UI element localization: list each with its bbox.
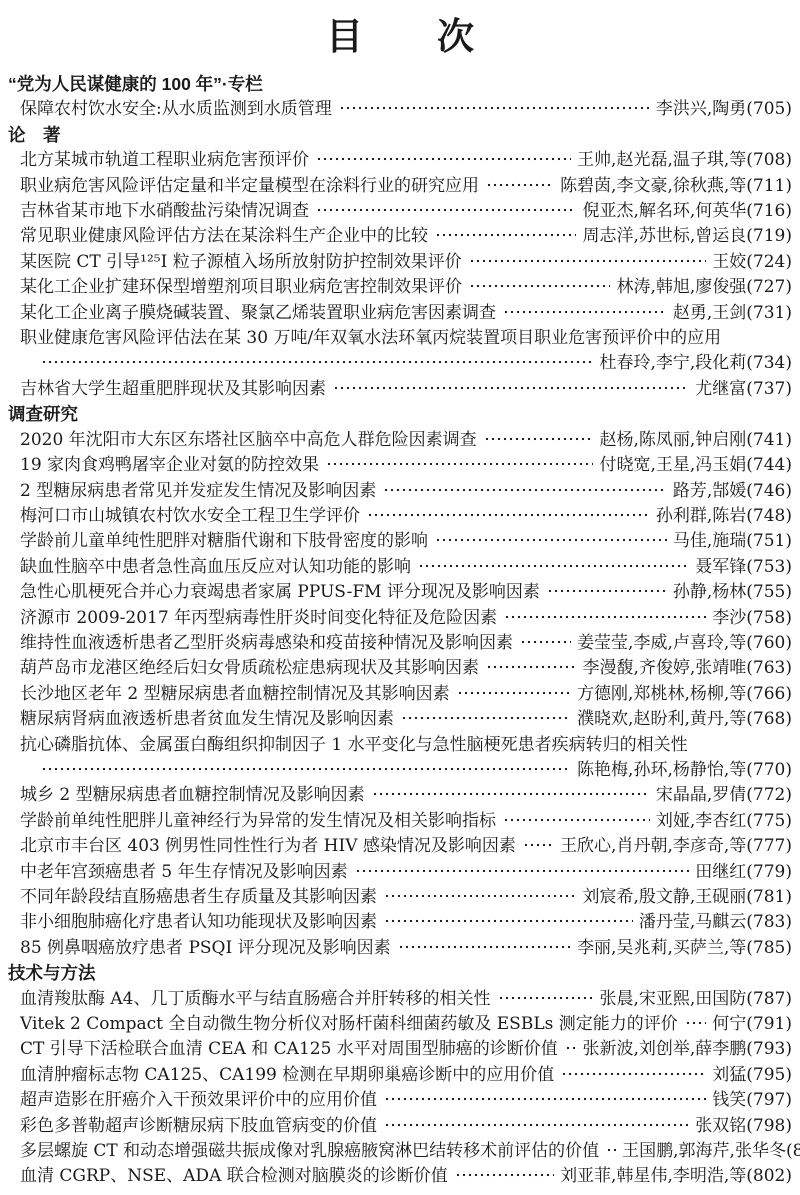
dot-leaders: [384, 915, 633, 927]
entry-authors: 赵勇,王剑: [673, 303, 746, 323]
entry-page: (741): [746, 430, 792, 450]
toc-entry: 城乡 2 型糖尿病患者血糖控制情况及影响因素宋晶晶,罗倩(772): [8, 783, 792, 808]
toc-entry: CT 引导下活检联合血清 CEA 和 CA125 水平对周围型肺癌的诊断价值张新…: [8, 1037, 792, 1062]
dot-leaders: [486, 179, 554, 191]
entry-title: 血清羧肽酶 A4、几丁质酶水平与结直肠癌合并肝转移的相关性: [20, 987, 491, 1012]
entry-page: (705): [746, 99, 792, 119]
entry-authors-page: 赵杨,陈凤丽,钟启刚(741): [599, 428, 792, 453]
entry-page: (772): [746, 785, 792, 805]
toc-entry: 彩色多普勒超声诊断糖尿病下肢血管病变的价值张双铭(798): [8, 1114, 792, 1139]
entry-authors: 潘丹莹,马麒云: [639, 912, 746, 932]
entry-authors: 马佳,施瑞: [673, 531, 746, 551]
entry-page: (763): [746, 658, 792, 678]
entry-page: (798): [746, 1116, 792, 1136]
entry-title: 2020 年沈阳市大东区东塔社区脑卒中高危人群危险因素调查: [20, 428, 477, 453]
entry-authors-page: 周志洋,苏世标,曾运良(719): [582, 224, 792, 249]
toc-entry: Vitek 2 Compact 全自动微生物分析仪对肠杆菌科细菌药敏及 ESBL…: [8, 1012, 792, 1037]
toc-entry: 葫芦岛市龙港区绝经后妇女骨质疏松症患病现状及其影响因素李漫馥,齐俊婷,张靖唯(7…: [8, 656, 792, 681]
toc-entry: 维持性血液透析患者乙型肝炎病毒感染和疫苗接种情况及影响因素姜莹莹,李威,卢喜玲,…: [8, 631, 792, 656]
dot-leaders: [503, 814, 650, 826]
entry-page: (751): [746, 531, 792, 551]
entry-authors-page: 田继红(779): [695, 860, 792, 885]
dot-leaders: [523, 839, 554, 851]
entry-authors-page: 杜春玲,李宁,段化莉(734): [599, 351, 792, 376]
entry-page: (779): [746, 862, 792, 882]
entry-page: (777): [746, 836, 792, 856]
dot-leaders: [383, 484, 667, 496]
entry-authors-page: 李洪兴,陶勇(705): [656, 97, 792, 122]
toc-entry: 非小细胞肺癌化疗患者认知功能现状及影响因素潘丹莹,马麒云(783): [8, 910, 792, 935]
entry-authors: 尤继富: [695, 379, 746, 399]
entry-authors: 李漫馥,齐俊婷,张靖唯: [582, 658, 746, 678]
dot-leaders: [435, 229, 576, 241]
entry-authors-page: 方德刚,郑桃林,杨柳,等(766): [577, 682, 792, 707]
entry-authors-page: 王欣心,肖丹朝,李彦奇,等(777): [560, 834, 792, 859]
toc-entry: 缺血性脑卒中患者急性高血压反应对认知功能的影响聂军锋(753): [8, 555, 792, 580]
entry-authors-page: 李漫馥,齐俊婷,张靖唯(763): [582, 656, 792, 681]
entry-title: 彩色多普勒超声诊断糖尿病下肢血管病变的价值: [20, 1114, 377, 1139]
toc-entry: 血清羧肽酶 A4、几丁质酶水平与结直肠癌合并肝转移的相关性张晨,宋亚熙,田国防(…: [8, 987, 792, 1012]
toc-entry: 北方某城市轨道工程职业病危害预评价王帅,赵光磊,温子琪,等(708): [8, 148, 792, 173]
entry-authors-page: 尤继富(737): [695, 377, 792, 402]
dot-leaders: [367, 509, 650, 521]
entry-title: 梅河口市山城镇农村饮水安全工程卫生学评价: [20, 504, 360, 529]
entry-authors: 张双铭: [695, 1116, 746, 1136]
entry-authors: 陈碧茵,李文豪,徐秋燕,等: [560, 176, 746, 196]
dot-leaders: [384, 890, 576, 902]
toc-list: “党为人民谋健康的 100 年”·专栏保障农村饮水安全:从水质监测到水质管理李洪…: [8, 72, 792, 1190]
entry-page: (800): [786, 1141, 800, 1161]
entry-title: 多层螺旋 CT 和动态增强磁共振成像对乳腺癌腋窝淋巴结转移术前评估的价值: [20, 1139, 599, 1164]
entry-title: 抗心磷脂抗体、金属蛋白酶组织抑制因子 1 水平变化与急性脑梗死患者疾病转归的相关…: [20, 733, 688, 758]
entry-authors: 王帅,赵光磊,温子琪,等: [577, 150, 746, 170]
entry-authors-page: 张新波,刘创举,薛李鹏(793): [582, 1037, 792, 1062]
entry-authors: 方德刚,郑桃林,杨柳,等: [577, 684, 746, 704]
entry-authors-page: 张双铭(798): [695, 1114, 792, 1139]
entry-page: (781): [746, 887, 792, 907]
toc-entry: 长沙地区老年 2 型糖尿病患者血糖控制情况及其影响因素方德刚,郑桃林,杨柳,等(…: [8, 682, 792, 707]
entry-title: 某化工企业扩建环保型增塑剂项目职业病危害控制效果评价: [20, 275, 462, 300]
dot-leaders: [455, 1169, 554, 1181]
entry-title: 济源市 2009-2017 年丙型病毒性肝炎时间变化特征及危险因素: [20, 606, 497, 631]
entry-authors: 付晓宽,王星,冯玉娟: [599, 455, 746, 475]
entry-authors: 陈艳梅,孙环,杨静怡,等: [577, 760, 746, 780]
entry-authors-page: 聂军锋(753): [695, 555, 792, 580]
toc-entry: 超声造影在肝癌介入干预效果评价中的应用价值钱笑(797): [8, 1088, 792, 1113]
dot-leaders: [469, 255, 707, 267]
entry-authors: 李沙: [712, 608, 746, 628]
entry-authors: 杜春玲,李宁,段化莉: [599, 353, 746, 373]
toc-entry: 多层螺旋 CT 和动态增强磁共振成像对乳腺癌腋窝淋巴结转移术前评估的价值王国鹏,…: [8, 1139, 792, 1164]
toc-entry: 北京市丰台区 403 例男性同性性行为者 HIV 感染情况及影响因素王欣心,肖丹…: [8, 834, 792, 859]
entry-authors: 王欣心,肖丹朝,李彦奇,等: [560, 836, 746, 856]
entry-page: (802): [746, 1166, 792, 1186]
entry-authors: 周志洋,苏世标,曾运良: [582, 226, 746, 246]
entry-page: (768): [746, 709, 792, 729]
dot-leaders: [435, 534, 667, 546]
entry-authors: 赵杨,陈凤丽,钟启刚: [599, 430, 746, 450]
entry-authors-page: 马佳,施瑞(751): [673, 529, 792, 554]
dot-leaders: [504, 611, 706, 623]
dot-leaders: [418, 560, 689, 572]
entry-page: (719): [746, 226, 792, 246]
toc-entry: 吉林省某市地下水硝酸盐污染情况调查倪亚杰,解名环,何英华(716): [8, 199, 792, 224]
entry-title: 中老年宫颈癌患者 5 年生存情况及影响因素: [20, 860, 348, 885]
entry-page: (775): [746, 811, 792, 831]
toc-entry-title-line: 抗心磷脂抗体、金属蛋白酶组织抑制因子 1 水平变化与急性脑梗死患者疾病转归的相关…: [8, 733, 792, 758]
toc-entry: 职业病危害风险评估定量和半定量模型在涂料行业的研究应用陈碧茵,李文豪,徐秋燕,等…: [8, 174, 792, 199]
section-heading: 调查研究: [8, 402, 792, 427]
dot-leaders: [547, 585, 667, 597]
entry-title: 学龄前儿童单纯性肥胖对糖脂代谢和下肢骨密度的影响: [20, 529, 428, 554]
entry-authors: 孙静,杨林: [673, 582, 746, 602]
entry-authors: 李丽,吴兆莉,买萨兰,等: [577, 938, 746, 958]
entry-page: (783): [746, 912, 792, 932]
toc-entry: 19 家肉食鸡鸭屠宰企业对氨的防控效果付晓宽,王星,冯玉娟(744): [8, 453, 792, 478]
entry-title: 维持性血液透析患者乙型肝炎病毒感染和疫苗接种情况及影响因素: [20, 631, 513, 656]
entry-title: 职业病危害风险评估定量和半定量模型在涂料行业的研究应用: [20, 174, 479, 199]
entry-authors-page: 刘娅,李杏红(775): [656, 809, 792, 834]
entry-authors-page: 孙静,杨林(755): [673, 580, 792, 605]
dot-leaders: [398, 941, 571, 953]
entry-authors-page: 何宁(791): [712, 1012, 792, 1037]
entry-authors-page: 刘猛(795): [712, 1063, 792, 1088]
entry-authors: 路芳,郜媛: [673, 481, 746, 501]
dot-leaders: [333, 382, 689, 394]
entry-authors: 倪亚杰,解名环,何英华: [582, 201, 746, 221]
toc-entry: 学龄前儿童单纯性肥胖对糖脂代谢和下肢骨密度的影响马佳,施瑞(751): [8, 529, 792, 554]
entry-authors: 聂军锋: [695, 557, 746, 577]
entry-page: (793): [746, 1039, 792, 1059]
entry-authors: 李洪兴,陶勇: [656, 99, 746, 119]
entry-authors-page: 刘亚菲,韩星伟,李明浩,等(802): [560, 1164, 792, 1189]
entry-authors-page: 倪亚杰,解名环,何英华(716): [582, 199, 792, 224]
entry-page: (748): [746, 506, 792, 526]
toc-entry: 济源市 2009-2017 年丙型病毒性肝炎时间变化特征及危险因素李沙(758): [8, 606, 792, 631]
entry-authors: 钱笑: [712, 1090, 746, 1110]
dot-leaders: [41, 356, 593, 368]
entry-authors-page: 钱笑(797): [712, 1088, 792, 1113]
toc-entry-continuation-line: 杜春玲,李宁,段化莉(734): [8, 351, 792, 376]
dot-leaders: [503, 306, 667, 318]
entry-authors-page: 林涛,韩旭,廖俊强(727): [616, 275, 792, 300]
entry-page: (797): [746, 1090, 792, 1110]
dot-leaders: [316, 204, 576, 216]
entry-title: 血清肿瘤标志物 CA125、CA199 检测在早期卵巢癌诊断中的应用价值: [20, 1063, 554, 1088]
entry-page: (716): [746, 201, 792, 221]
entry-authors-page: 姜莹莹,李威,卢喜玲,等(760): [577, 631, 792, 656]
toc-entry: 2020 年沈阳市大东区东塔社区脑卒中高危人群危险因素调查赵杨,陈凤丽,钟启刚(…: [8, 428, 792, 453]
entry-authors: 田继红: [695, 862, 746, 882]
entry-authors-page: 陈碧茵,李文豪,徐秋燕,等(711): [560, 174, 792, 199]
dot-leaders: [384, 1093, 706, 1105]
toc-entry: 中老年宫颈癌患者 5 年生存情况及影响因素田继红(779): [8, 860, 792, 885]
entry-title: 急性心肌梗死合并心力衰竭患者家属 PPUS-FM 评分现况及影响因素: [20, 580, 540, 605]
entry-page: (708): [746, 150, 792, 170]
entry-authors-page: 张晨,宋亚熙,田国防(787): [599, 987, 792, 1012]
toc-entry: 学龄前单纯性肥胖儿童神经行为异常的发生情况及相关影响指标刘娅,李杏红(775): [8, 809, 792, 834]
entry-authors: 刘娅,李杏红: [656, 811, 746, 831]
entry-page: (737): [746, 379, 792, 399]
entry-page: (785): [746, 938, 792, 958]
entry-page: (760): [746, 633, 792, 653]
entry-title: 85 例鼻咽癌放疗患者 PSQI 评分现况及影响因素: [20, 936, 391, 961]
entry-page: (731): [746, 303, 792, 323]
entry-authors-page: 刘宸希,殷文静,王砚丽(781): [582, 885, 792, 910]
entry-title: 保障农村饮水安全:从水质监测到水质管理: [20, 97, 332, 122]
toc-entry: 85 例鼻咽癌放疗患者 PSQI 评分现况及影响因素李丽,吴兆莉,买萨兰,等(7…: [8, 936, 792, 961]
entry-page: (724): [746, 252, 792, 272]
dot-leaders: [384, 1119, 689, 1131]
dot-leaders: [565, 1042, 577, 1054]
entry-authors-page: 宋晶晶,罗倩(772): [656, 783, 792, 808]
toc-entry-title-line: 职业健康危害风险评估法在某 30 万吨/年双氧水法环氧丙烷装置项目职业危害预评价…: [8, 326, 792, 351]
toc-entry: 某医院 CT 引导¹²⁵I 粒子源植入场所放射防护控制效果评价王姣(724): [8, 250, 792, 275]
dot-leaders: [486, 661, 576, 673]
entry-authors: 刘亚菲,韩星伟,李明浩,等: [560, 1166, 746, 1186]
entry-page: (711): [746, 176, 792, 196]
entry-authors-page: 潘丹莹,马麒云(783): [639, 910, 792, 935]
toc-entry: 保障农村饮水安全:从水质监测到水质管理李洪兴,陶勇(705): [8, 97, 792, 122]
toc-entry: 不同年龄段结直肠癌患者生存质量及其影响因素刘宸希,殷文静,王砚丽(781): [8, 885, 792, 910]
entry-page: (766): [746, 684, 792, 704]
entry-title: 北方某城市轨道工程职业病危害预评价: [20, 148, 309, 173]
entry-page: (755): [746, 582, 792, 602]
toc-page: 目 次 “党为人民谋健康的 100 年”·专栏保障农村饮水安全:从水质监测到水质…: [0, 0, 800, 1195]
entry-title: 城乡 2 型糖尿病患者血糖控制情况及影响因素: [20, 783, 365, 808]
entry-page: (744): [746, 455, 792, 475]
toc-entry: 某化工企业离子膜烧碱装置、聚氯乙烯装置职业病危害因素调查赵勇,王剑(731): [8, 301, 792, 326]
entry-title: CT 引导下活检联合血清 CEA 和 CA125 水平对周围型肺癌的诊断价值: [20, 1037, 558, 1062]
entry-authors: 濮晓欢,赵盼利,黄丹,等: [577, 709, 746, 729]
entry-title: 职业健康危害风险评估法在某 30 万吨/年双氧水法环氧丙烷装置项目职业危害预评价…: [20, 326, 721, 351]
entry-title: 超声造影在肝癌介入干预效果评价中的应用价值: [20, 1088, 377, 1113]
dot-leaders: [606, 1144, 616, 1156]
entry-title: 学龄前单纯性肥胖儿童神经行为异常的发生情况及相关影响指标: [20, 809, 496, 834]
entry-title: Vitek 2 Compact 全自动微生物分析仪对肠杆菌科细菌药敏及 ESBL…: [20, 1012, 678, 1037]
entry-authors-page: 赵勇,王剑(731): [673, 301, 792, 326]
entry-page: (734): [746, 353, 792, 373]
toc-entry: 吉林省大学生超重肥胖现状及其影响因素尤继富(737): [8, 377, 792, 402]
entry-authors: 孙利群,陈岩: [656, 506, 746, 526]
dot-leaders: [498, 992, 594, 1004]
section-heading: 技术与方法: [8, 961, 792, 986]
entry-authors: 姜莹莹,李威,卢喜玲,等: [577, 633, 746, 653]
dot-leaders: [484, 433, 594, 445]
entry-authors-page: 王帅,赵光磊,温子琪,等(708): [577, 148, 792, 173]
toc-entry: 血清肿瘤标志物 CA125、CA199 检测在早期卵巢癌诊断中的应用价值刘猛(7…: [8, 1063, 792, 1088]
entry-title: 非小细胞肺癌化疗患者认知功能现状及影响因素: [20, 910, 377, 935]
entry-authors-page: 陈艳梅,孙环,杨静怡,等(770): [577, 758, 792, 783]
dot-leaders: [469, 280, 610, 292]
dot-leaders: [316, 153, 571, 165]
toc-entry: 急性心肌梗死合并心力衰竭患者家属 PPUS-FM 评分现况及影响因素孙静,杨林(…: [8, 580, 792, 605]
toc-entry: 梅河口市山城镇农村饮水安全工程卫生学评价孙利群,陈岩(748): [8, 504, 792, 529]
toc-entry: 某化工企业扩建环保型增塑剂项目职业病危害控制效果评价林涛,韩旭,廖俊强(727): [8, 275, 792, 300]
dot-leaders: [339, 102, 650, 114]
toc-entry: 常见职业健康风险评估方法在某涂料生产企业中的比较周志洋,苏世标,曾运良(719): [8, 224, 792, 249]
entry-title: 19 家肉食鸡鸭屠宰企业对氨的防控效果: [20, 453, 319, 478]
section-heading: 论 著: [8, 123, 792, 148]
entry-title: 2 型糖尿病患者常见并发症发生情况及影响因素: [20, 479, 376, 504]
dot-leaders: [457, 687, 571, 699]
entry-authors-page: 路芳,郜媛(746): [673, 479, 792, 504]
entry-title: 某医院 CT 引导¹²⁵I 粒子源植入场所放射防护控制效果评价: [20, 250, 462, 275]
entry-page: (787): [746, 989, 792, 1009]
toc-entry: 血清 CGRP、NSE、ADA 联合检测对脑膜炎的诊断价值刘亚菲,韩星伟,李明浩…: [8, 1164, 792, 1189]
entry-authors: 张新波,刘创举,薛李鹏: [582, 1039, 746, 1059]
toc-entry-continuation-line: 陈艳梅,孙环,杨静怡,等(770): [8, 758, 792, 783]
dot-leaders: [355, 865, 690, 877]
entry-authors-page: 孙利群,陈岩(748): [656, 504, 792, 529]
entry-title: 吉林省某市地下水硝酸盐污染情况调查: [20, 199, 309, 224]
entry-page: (758): [746, 608, 792, 628]
entry-page: (791): [746, 1014, 792, 1034]
entry-page: (727): [746, 277, 792, 297]
toc-entry: 2 型糖尿病患者常见并发症发生情况及影响因素路芳,郜媛(746): [8, 479, 792, 504]
entry-authors: 何宁: [712, 1014, 746, 1034]
entry-authors: 刘猛: [712, 1065, 746, 1085]
entry-authors: 张晨,宋亚熙,田国防: [599, 989, 746, 1009]
dot-leaders: [561, 1068, 706, 1080]
dot-leaders: [41, 763, 571, 775]
dot-leaders: [685, 1017, 707, 1029]
dot-leaders: [326, 458, 593, 470]
entry-page: (770): [746, 760, 792, 780]
page-title: 目 次: [8, 12, 792, 60]
entry-title: 北京市丰台区 403 例男性同性性行为者 HIV 感染情况及影响因素: [20, 834, 516, 859]
entry-title: 不同年龄段结直肠癌患者生存质量及其影响因素: [20, 885, 377, 910]
entry-authors: 宋晶晶,罗倩: [656, 785, 746, 805]
entry-title: 糖尿病肾病血液透析患者贫血发生情况及影响因素: [20, 707, 394, 732]
dot-leaders: [520, 636, 571, 648]
entry-authors: 王姣: [712, 252, 746, 272]
entry-authors-page: 李丽,吴兆莉,买萨兰,等(785): [577, 936, 792, 961]
entry-authors: 林涛,韩旭,廖俊强: [616, 277, 746, 297]
entry-page: (753): [746, 557, 792, 577]
entry-authors-page: 王国鹏,郭海芹,张华冬(800): [622, 1139, 800, 1164]
entry-page: (746): [746, 481, 792, 501]
entry-title: 吉林省大学生超重肥胖现状及其影响因素: [20, 377, 326, 402]
entry-authors-page: 付晓宽,王星,冯玉娟(744): [599, 453, 792, 478]
entry-title: 长沙地区老年 2 型糖尿病患者血糖控制情况及其影响因素: [20, 682, 450, 707]
toc-entry: 糖尿病肾病血液透析患者贫血发生情况及影响因素濮晓欢,赵盼利,黄丹,等(768): [8, 707, 792, 732]
entry-page: (795): [746, 1065, 792, 1085]
entry-authors: 王国鹏,郭海芹,张华冬: [622, 1141, 786, 1161]
dot-leaders: [401, 712, 571, 724]
entry-title: 缺血性脑卒中患者急性高血压反应对认知功能的影响: [20, 555, 411, 580]
entry-authors: 刘宸希,殷文静,王砚丽: [582, 887, 746, 907]
entry-title: 某化工企业离子膜烧碱装置、聚氯乙烯装置职业病危害因素调查: [20, 301, 496, 326]
entry-title: 血清 CGRP、NSE、ADA 联合检测对脑膜炎的诊断价值: [20, 1164, 448, 1189]
entry-authors-page: 王姣(724): [712, 250, 792, 275]
entry-authors-page: 李沙(758): [712, 606, 792, 631]
dot-leaders: [372, 788, 650, 800]
section-heading: “党为人民谋健康的 100 年”·专栏: [8, 72, 792, 97]
entry-title: 葫芦岛市龙港区绝经后妇女骨质疏松症患病现状及其影响因素: [20, 656, 479, 681]
entry-authors-page: 濮晓欢,赵盼利,黄丹,等(768): [577, 707, 792, 732]
entry-title: 常见职业健康风险评估方法在某涂料生产企业中的比较: [20, 224, 428, 249]
